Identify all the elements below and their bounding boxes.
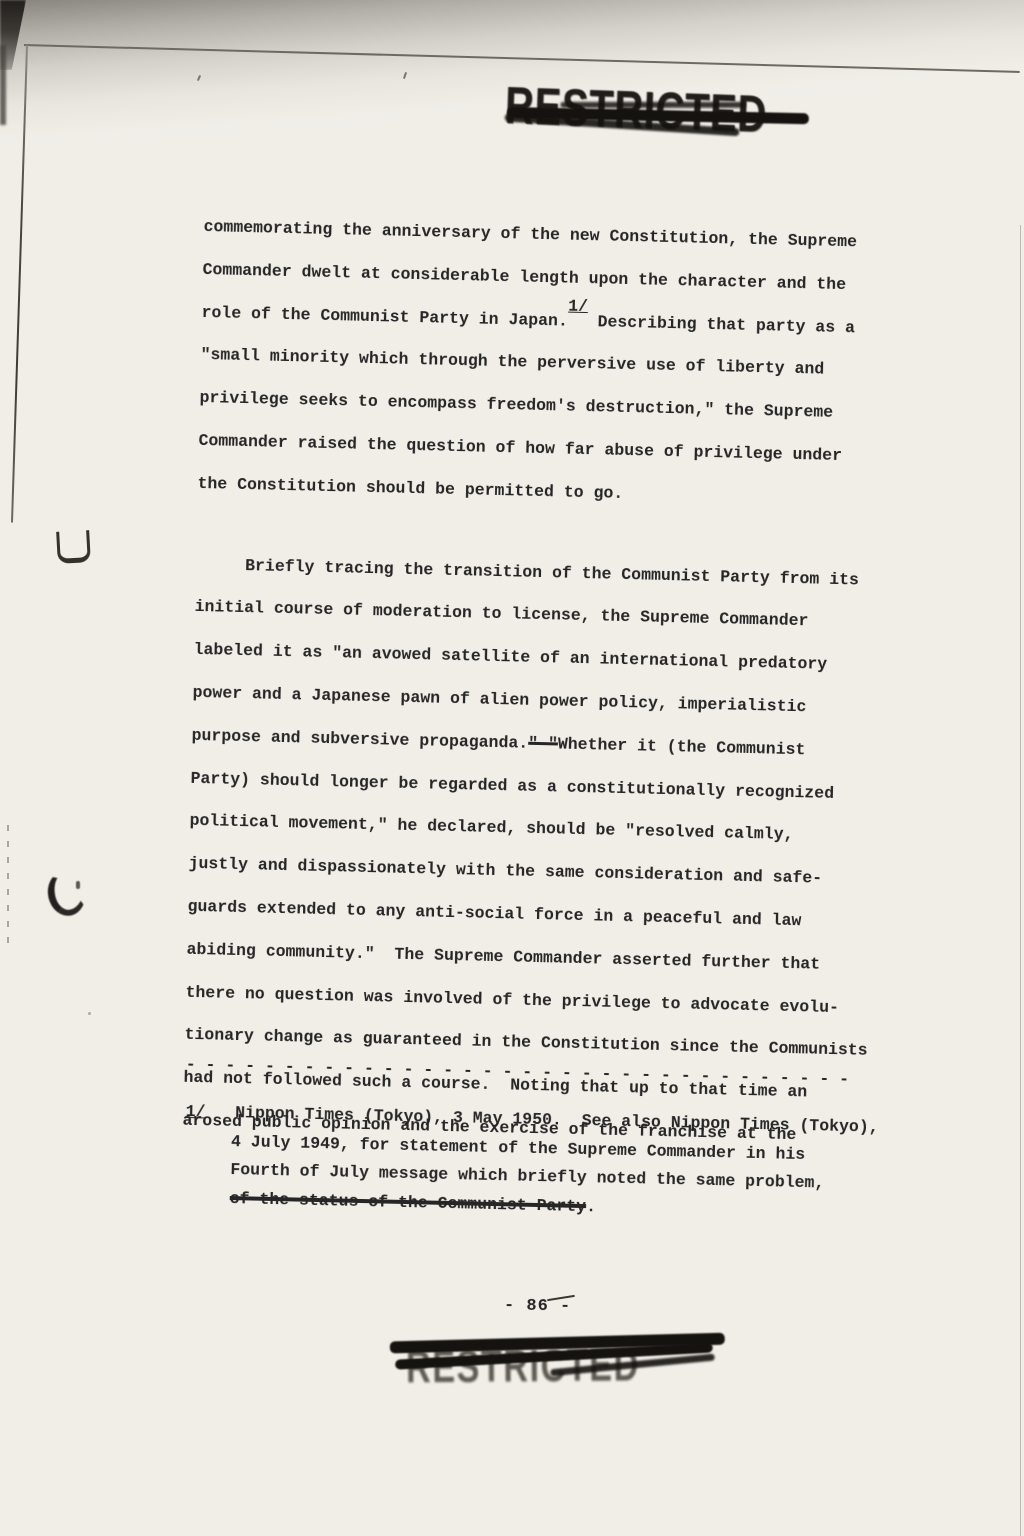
scan-speck xyxy=(403,72,407,79)
stamp-strikeout-bar xyxy=(560,102,745,108)
scan-edge-artifact-left xyxy=(0,45,6,125)
restricted-stamp-bottom: RESTRICTED xyxy=(400,1329,731,1396)
document-body: commemorating the anniversary of the new… xyxy=(181,168,888,1197)
restricted-stamp-top: RESTRICTED xyxy=(504,75,806,151)
footnote: 1/ Nippon Times (Tokyo), 3 May 1950. See… xyxy=(183,1098,879,1228)
page-left-edge-line xyxy=(11,45,28,523)
scan-speck xyxy=(88,1012,91,1015)
page-top-edge-line xyxy=(24,44,1020,73)
page-right-edge-line xyxy=(1020,225,1022,1536)
handwritten-margin-mark-u xyxy=(56,530,91,564)
page-left-edge-faint-line xyxy=(7,825,9,945)
body-paragraph-1: commemorating the anniversary of the new… xyxy=(197,206,887,522)
page-number: - 86 - xyxy=(504,1297,571,1317)
scanned-document-page: RESTRICTED commemorating the anniversary… xyxy=(0,0,1024,1536)
handwritten-margin-mark-dot xyxy=(76,881,80,889)
scan-speck xyxy=(197,75,201,81)
handwritten-margin-mark-c xyxy=(44,868,90,920)
